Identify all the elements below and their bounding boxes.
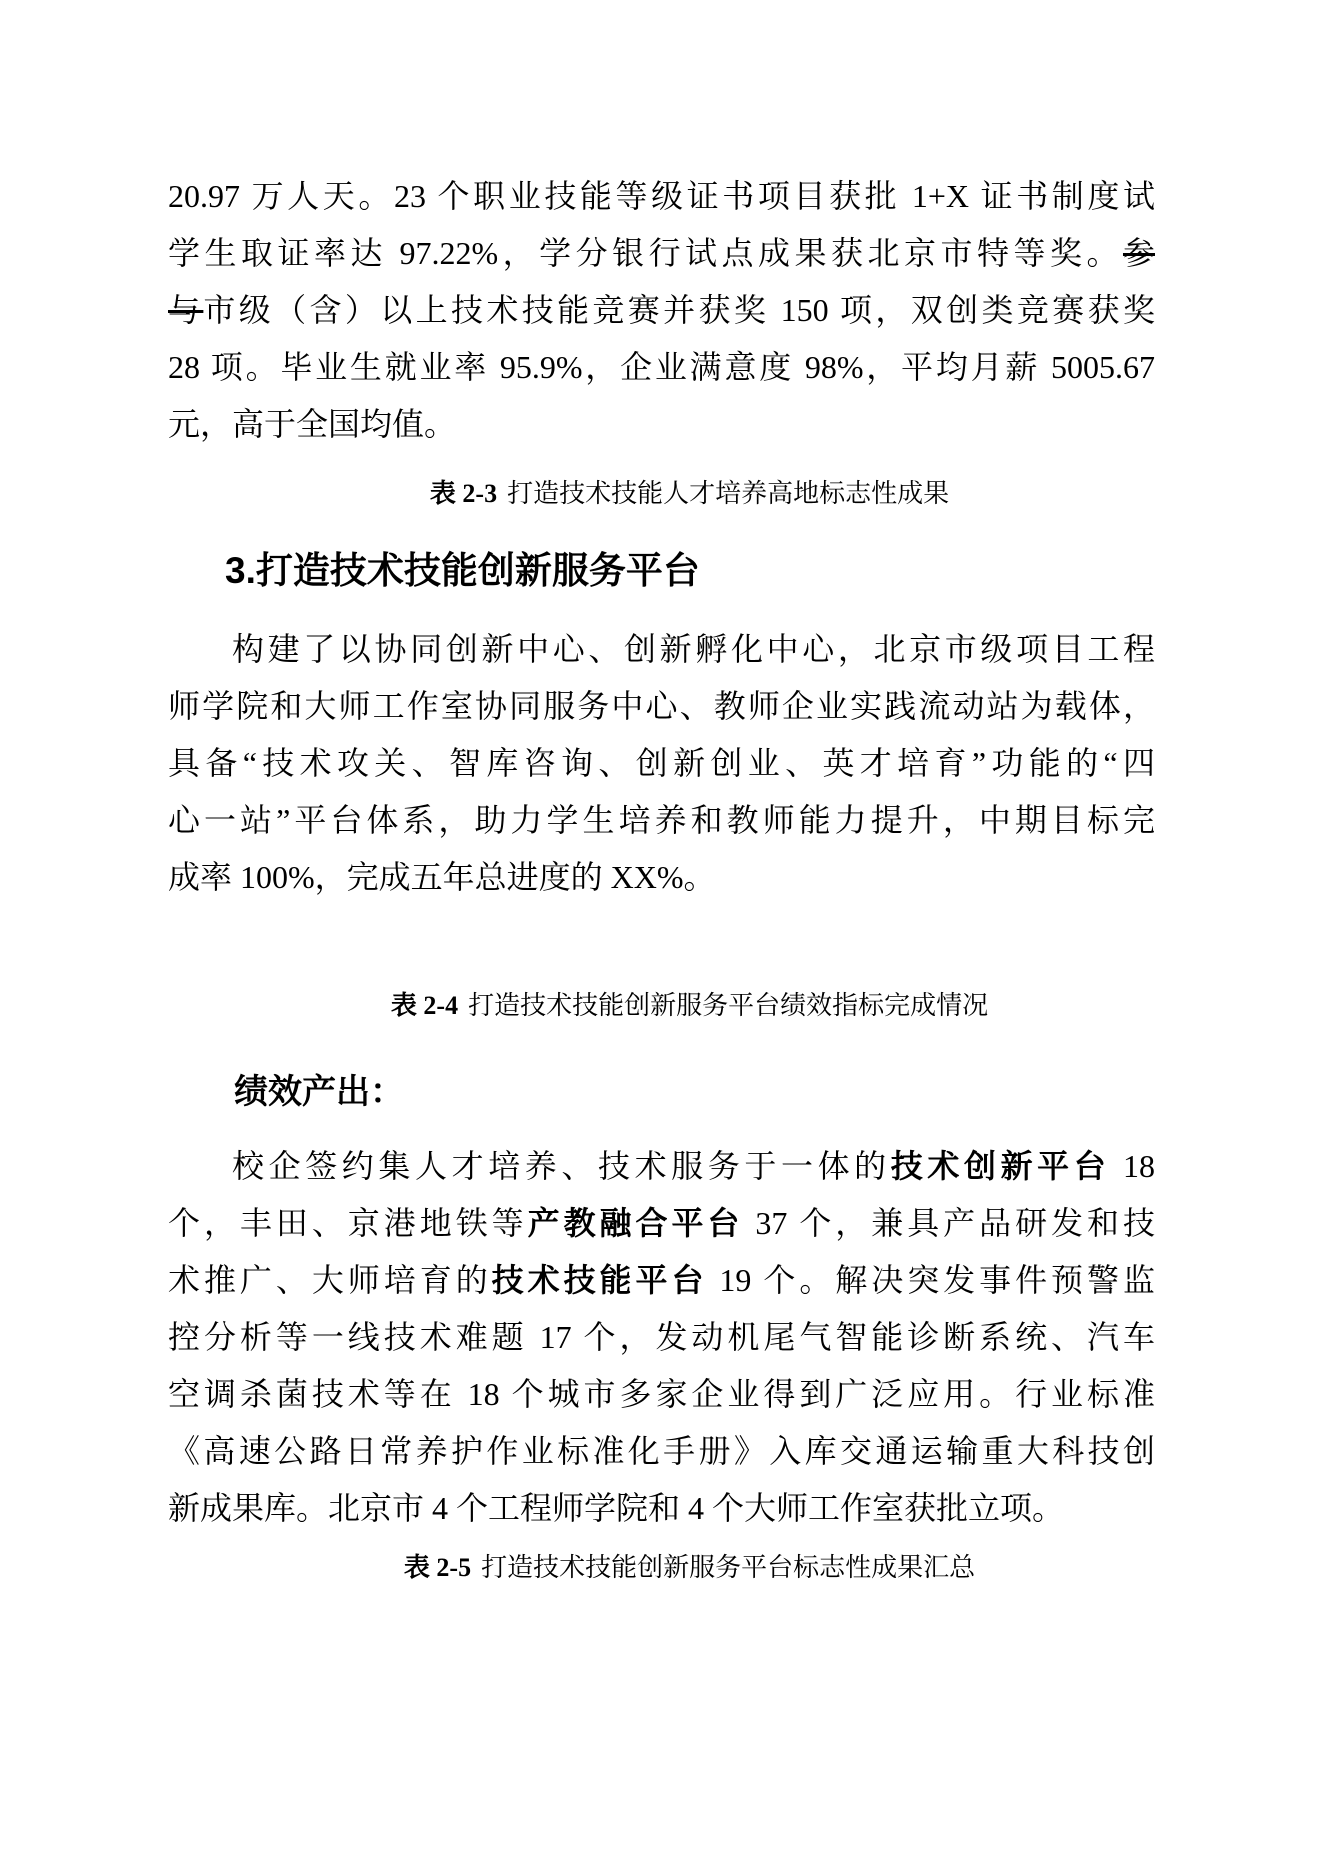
- text-run: 心一站”平台体系，助力学生培养和教师能力提升，中期目标完: [168, 802, 1155, 838]
- text-run: 术推广、大师培育的: [168, 1262, 492, 1298]
- text-run: 元，高于全国均值。: [168, 406, 456, 442]
- caption-text: 打造技术技能创新服务平台绩效指标完成情况: [468, 991, 988, 1020]
- text-run: 具备“技术攻关、智库咨询、创新创业、英才培育”功能的“四: [168, 745, 1155, 781]
- text-run: 20.97 万人天。23 个职业技能等级证书项目获批 1+X 证书制度试: [168, 178, 1155, 214]
- paragraph-line: 术推广、大师培育的技术技能平台 19 个。解决突发事件预警监: [168, 1252, 1155, 1309]
- paragraph-line: 控分析等一线技术难题 17 个，发动机尾气智能诊断系统、汽车: [168, 1309, 1155, 1366]
- text-run: 《高速公路日常养护作业标准化手册》入库交通运输重大科技创: [168, 1433, 1155, 1469]
- caption-label: 表 2-3: [430, 479, 497, 508]
- paragraph-line: 空调杀菌技术等在 18 个城市多家企业得到广泛应用。行业标准: [168, 1366, 1155, 1423]
- text-run: 构建了以协同创新中心、创新孵化中心，北京市级项目工程: [232, 631, 1155, 667]
- text-run: 控分析等一线技术难题 17 个，发动机尾气智能诊断系统、汽车: [168, 1319, 1155, 1355]
- body-paragraph: 校企签约集人才培养、技术服务于一体的技术创新平台 18个，丰田、京港地铁等产教融…: [168, 1138, 1155, 1537]
- table-caption: 表 2-3打造技术技能人才培养高地标志性成果: [168, 474, 1155, 514]
- paragraph-line: 20.97 万人天。23 个职业技能等级证书项目获批 1+X 证书制度试: [168, 168, 1155, 225]
- bold-text-run: 技术创新平台: [891, 1148, 1111, 1184]
- paragraph-line: 构建了以协同创新中心、创新孵化中心，北京市级项目工程: [168, 621, 1155, 678]
- body-paragraph: 构建了以协同创新中心、创新孵化中心，北京市级项目工程师学院和大师工作室协同服务中…: [168, 621, 1155, 906]
- paragraph-line: 《高速公路日常养护作业标准化手册》入库交通运输重大科技创: [168, 1423, 1155, 1480]
- table-caption: 表 2-5打造技术技能创新服务平台标志性成果汇总: [168, 1548, 1155, 1588]
- caption-text: 打造技术技能创新服务平台标志性成果汇总: [481, 1553, 975, 1582]
- text-run: 师学院和大师工作室协同服务中心、教师企业实践流动站为载体，: [168, 688, 1155, 724]
- paragraph-line: 校企签约集人才培养、技术服务于一体的技术创新平台 18: [168, 1138, 1155, 1195]
- caption-text: 打造技术技能人才培养高地标志性成果: [507, 479, 949, 508]
- text-run: 新成果库。北京市 4 个工程师学院和 4 个大师工作室获批立项。: [168, 1490, 1064, 1526]
- caption-label: 表 2-4: [391, 991, 458, 1020]
- paragraph-line: 28 项。毕业生就业率 95.9%，企业满意度 98%，平均月薪 5005.67: [168, 339, 1155, 396]
- paragraph-line: 元，高于全国均值。: [168, 396, 1155, 453]
- subsection-heading: 绩效产出：: [168, 1064, 1155, 1121]
- paragraph-line: 师学院和大师工作室协同服务中心、教师企业实践流动站为载体，: [168, 678, 1155, 735]
- paragraph-line: 个，丰田、京港地铁等产教融合平台 37 个，兼具产品研发和技: [168, 1195, 1155, 1252]
- paragraph-line: 新成果库。北京市 4 个工程师学院和 4 个大师工作室获批立项。: [168, 1480, 1155, 1537]
- text-run: 市级（含）以上技术技能竞赛并获奖 150 项，双创类竞赛获奖: [203, 292, 1155, 328]
- bold-text-run: 产教融合平台: [528, 1205, 744, 1241]
- text-run: 19 个。解决突发事件预警监: [707, 1262, 1155, 1298]
- text-run: 空调杀菌技术等在 18 个城市多家企业得到广泛应用。行业标准: [168, 1376, 1155, 1412]
- paragraph-line: 心一站”平台体系，助力学生培养和教师能力提升，中期目标完: [168, 792, 1155, 849]
- paragraph-line: 学生取证率达 97.22%，学分银行试点成果获北京市特等奖。参: [168, 225, 1155, 282]
- strikethrough-text-run: 与: [168, 292, 203, 328]
- text-run: 28 项。毕业生就业率 95.9%，企业满意度 98%，平均月薪 5005.67: [168, 349, 1155, 385]
- text-run: 37 个，兼具产品研发和技: [743, 1205, 1155, 1241]
- paragraph-line: 具备“技术攻关、智库咨询、创新创业、英才培育”功能的“四: [168, 735, 1155, 792]
- caption-label: 表 2-5: [404, 1553, 471, 1582]
- text-run: 个，丰田、京港地铁等: [168, 1205, 528, 1241]
- body-paragraph: 20.97 万人天。23 个职业技能等级证书项目获批 1+X 证书制度试学生取证…: [168, 168, 1155, 453]
- paragraph-line: 与市级（含）以上技术技能竞赛并获奖 150 项，双创类竞赛获奖: [168, 282, 1155, 339]
- text-run: 学生取证率达 97.22%，学分银行试点成果获北京市特等奖。: [168, 235, 1123, 271]
- paragraph-line: 成率 100%，完成五年总进度的 XX%。: [168, 849, 1155, 906]
- text-run: 校企签约集人才培养、技术服务于一体的: [232, 1148, 891, 1184]
- text-run: 成率 100%，完成五年总进度的 XX%。: [168, 859, 716, 895]
- table-caption: 表 2-4打造技术技能创新服务平台绩效指标完成情况: [168, 986, 1155, 1026]
- bold-text-run: 技术技能平台: [492, 1262, 708, 1298]
- section-heading: 3.打造技术技能创新服务平台: [168, 547, 1155, 595]
- document-page: 20.97 万人天。23 个职业技能等级证书项目获批 1+X 证书制度试学生取证…: [0, 0, 1323, 1871]
- strikethrough-text-run: 参: [1123, 235, 1155, 271]
- text-run: 18: [1110, 1148, 1155, 1184]
